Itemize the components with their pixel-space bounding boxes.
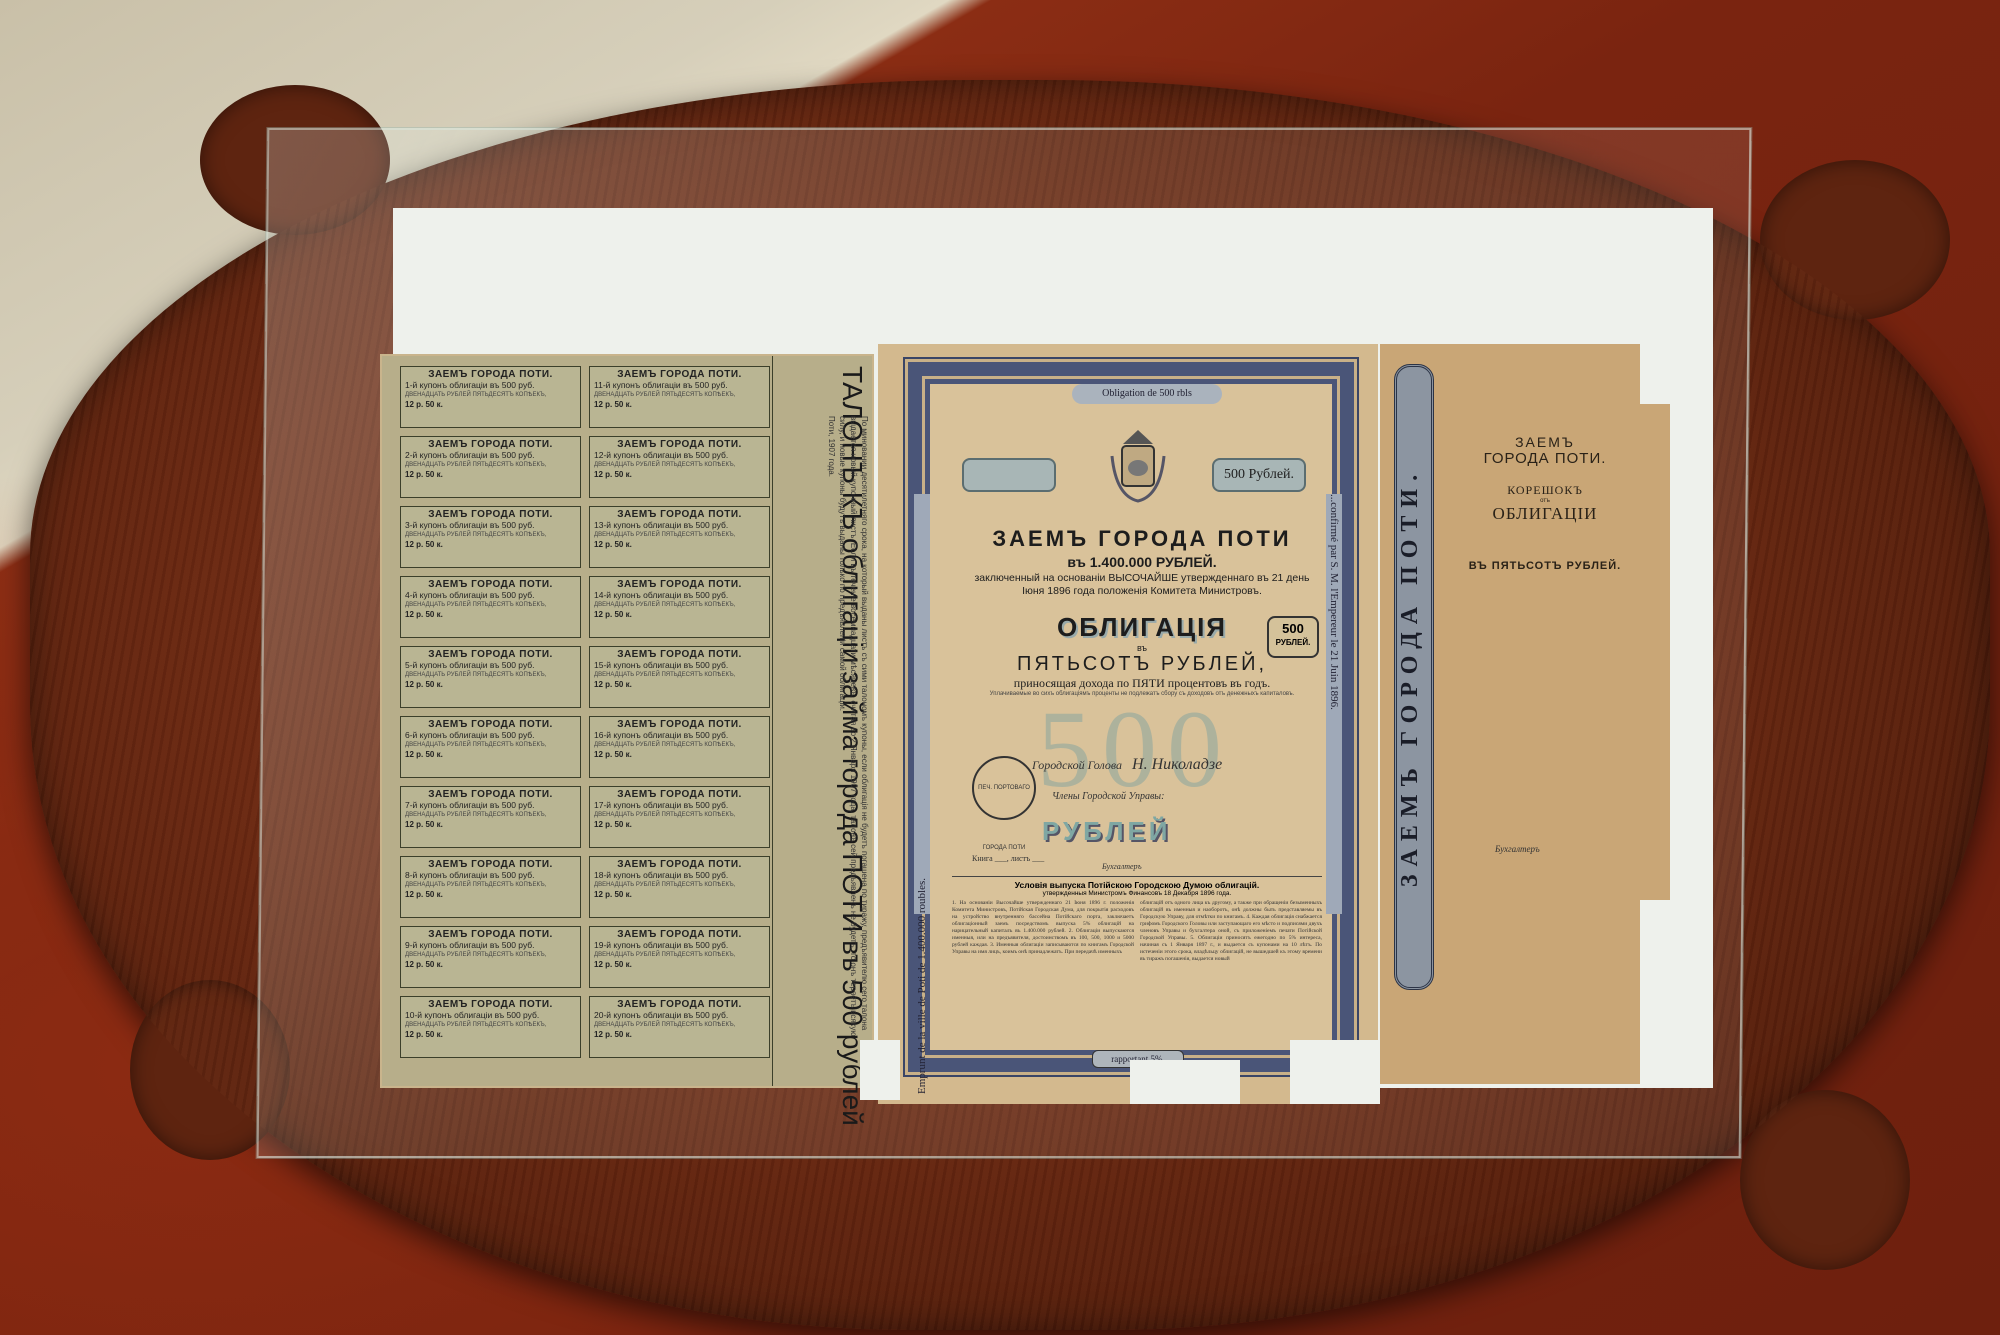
coupon-value: 12 р. 50 к. [594,470,765,480]
coupon-number: 18-й купонъ облигаціи въ 500 руб. [594,870,765,880]
coupon-number: 4-й купонъ облигаціи въ 500 руб. [405,590,576,600]
bond-interest: приносящая дохода по ПЯТИ процентовъ въ … [962,676,1322,691]
coupon-payout: ДВЕНАДЦАТЬ РУБЛЕЙ ПЯТЬДЕСЯТЪ КОПѢЕКЪ, [594,950,765,960]
mayor-label: Городской Голова [1032,758,1122,772]
coupon: ЗАЕМЪ ГОРОДА ПОТИ.5-й купонъ облигаціи в… [400,646,581,708]
coupon-value: 12 р. 50 к. [594,820,765,830]
city-seal-icon: ПЕЧ. ПОРТОВАГО ГОРОДА ПОТИ [972,756,1036,820]
denomination-unit: РУБЛЕЙ. [1269,636,1317,650]
coupon-value: 12 р. 50 к. [594,540,765,550]
coupon-value: 12 р. 50 к. [405,960,576,970]
stub-line-3: КОРЕШОКЪ [1440,483,1650,498]
left-side-band: Emprunt de la ville de Poti de 1.400.000… [914,494,930,914]
conditions-heading: Условія выпуска Потійскою Городскою Думо… [952,880,1322,890]
coupon-number: 10-й купонъ облигаціи въ 500 руб. [405,1010,576,1020]
bond-tax-note: Уплачиваемые во сихъ облигаціямъ процент… [962,691,1322,697]
coupon-title: ЗАЕМЪ ГОРОДА ПОТИ. [405,650,576,660]
coupon-value: 12 р. 50 к. [405,750,576,760]
coupon-title: ЗАЕМЪ ГОРОДА ПОТИ. [594,510,765,520]
coupon-number: 15-й купонъ облигаціи въ 500 руб. [594,660,765,670]
coupon-value: 12 р. 50 к. [405,470,576,480]
coupon: ЗАЕМЪ ГОРОДА ПОТИ.9-й купонъ облигаціи в… [400,926,581,988]
stub-line-6: ВЪ ПЯТЬСОТЪ РУБЛЕЙ. [1440,560,1650,572]
coupon-title: ЗАЕМЪ ГОРОДА ПОТИ. [594,720,765,730]
coupon-title: ЗАЕМЪ ГОРОДА ПОТИ. [594,370,765,380]
value-box-right: 500 Рублей. [1212,458,1306,492]
coupon: ЗАЕМЪ ГОРОДА ПОТИ.15-й купонъ облигаціи … [589,646,770,708]
mayor-signature: Н. Николадзе [1132,756,1222,773]
coupon-value: 12 р. 50 к. [594,750,765,760]
stub-line-2: ГОРОДА ПОТИ. [1440,450,1650,467]
coupon: ЗАЕМЪ ГОРОДА ПОТИ.6-й купонъ облигаціи в… [400,716,581,778]
book-line: Книга ___, листъ ___ [972,854,1044,863]
coupon-title: ЗАЕМЪ ГОРОДА ПОТИ. [405,930,576,940]
coupon-value: 12 р. 50 к. [405,1030,576,1040]
conditions-left: 1. На основаніи Высочайше утвержденнаго … [952,900,1134,963]
coupon-payout: ДВЕНАДЦАТЬ РУБЛЕЙ ПЯТЬДЕСЯТЪ КОПѢЕКЪ, [405,600,576,610]
coupon-payout: ДВЕНАДЦАТЬ РУБЛЕЙ ПЯТЬДЕСЯТЪ КОПѢЕКЪ, [594,530,765,540]
stub-line-1: ЗАЕМЪ [1440,434,1650,450]
coupon-payout: ДВЕНАДЦАТЬ РУБЛЕЙ ПЯТЬДЕСЯТЪ КОПѢЕКЪ, [405,390,576,400]
coupon-number: 2-й купонъ облигаціи въ 500 руб. [405,450,576,460]
coupon-value: 12 р. 50 к. [405,610,576,620]
vertical-title-strip: ЗАЕМЪ ГОРОДА ПОТИ. [1394,364,1434,990]
coupon-title: ЗАЕМЪ ГОРОДА ПОТИ. [594,650,765,660]
conditions-columns: 1. На основаніи Высочайше утвержденнаго … [952,900,1322,963]
coupon-value: 12 р. 50 к. [594,680,765,690]
coupon-value: 12 р. 50 к. [405,890,576,900]
coupon-payout: ДВЕНАДЦАТЬ РУБЛЕЙ ПЯТЬДЕСЯТЪ КОПѢЕКЪ, [405,670,576,680]
coupon-payout: ДВЕНАДЦАТЬ РУБЛЕЙ ПЯТЬДЕСЯТЪ КОПѢЕКЪ, [594,1020,765,1030]
coupon-number: 17-й купонъ облигаціи въ 500 руб. [594,800,765,810]
left-side-text: Emprunt de la ville de Poti de 1.400.000… [916,694,928,1094]
members-label: Члены Городской Управы: [1052,791,1164,802]
conditions-right: облигацій отъ одного лица къ другому, а … [1140,900,1322,963]
coat-of-arms-icon [1108,426,1168,506]
coupon-value: 12 р. 50 к. [594,890,765,900]
coupon-number: 14-й купонъ облигаціи въ 500 руб. [594,590,765,600]
coupon-title: ЗАЕМЪ ГОРОДА ПОТИ. [405,790,576,800]
coupon-number: 3-й купонъ облигаціи въ 500 руб. [405,520,576,530]
coupon-title: ЗАЕМЪ ГОРОДА ПОТИ. [405,720,576,730]
coupon: ЗАЕМЪ ГОРОДА ПОТИ.11-й купонъ облигаціи … [589,366,770,428]
coupon-payout: ДВЕНАДЦАТЬ РУБЛЕЙ ПЯТЬДЕСЯТЪ КОПѢЕКЪ, [594,390,765,400]
right-side-band: ...confirmé par S. M. l'Empereur le 21 J… [1326,494,1342,914]
torn-edge [1640,900,1670,1084]
coupon-payout: ДВЕНАДЦАТЬ РУБЛЕЙ ПЯТЬДЕСЯТЪ КОПѢЕКЪ, [405,950,576,960]
coupon: ЗАЕМЪ ГОРОДА ПОТИ.18-й купонъ облигаціи … [589,856,770,918]
coupon-title: ЗАЕМЪ ГОРОДА ПОТИ. [405,440,576,450]
coupon: ЗАЕМЪ ГОРОДА ПОТИ.2-й купонъ облигаціи в… [400,436,581,498]
coupon-payout: ДВЕНАДЦАТЬ РУБЛЕЙ ПЯТЬДЕСЯТЪ КОПѢЕКЪ, [405,880,576,890]
denomination-value: 500 [1282,621,1304,636]
rubles-word: РУБЛЕЙ [1042,816,1172,847]
coupon-number: 19-й купонъ облигаціи въ 500 руб. [594,940,765,950]
coupon-title: ЗАЕМЪ ГОРОДА ПОТИ. [594,930,765,940]
bond-title-block: ЗАЕМЪ ГОРОДА ПОТИ въ 1.400.000 РУБЛЕЙ. з… [962,526,1322,697]
coupon: ЗАЕМЪ ГОРОДА ПОТИ.7-й купонъ облигаціи в… [400,786,581,848]
coupon-value: 12 р. 50 к. [405,400,576,410]
coupon: ЗАЕМЪ ГОРОДА ПОТИ.14-й купонъ облигаціи … [589,576,770,638]
stub-text-block: ЗАЕМЪ ГОРОДА ПОТИ. КОРЕШОКЪ отъ ОБЛИГАЦІ… [1440,434,1650,572]
bond-certificate: Obligation de 500 rbls 500 Рублей. 500 З… [878,344,1378,1104]
talon-panel: ТАЛОНЪ КЪ облигаціи займа города ПОТИ въ… [772,356,873,1086]
coupon-number: 11-й купонъ облигаціи въ 500 руб. [594,380,765,390]
coupon-value: 12 р. 50 к. [594,960,765,970]
talon-body: По миновании десятилетняго срока, на кот… [826,416,870,1056]
coupon: ЗАЕМЪ ГОРОДА ПОТИ.17-й купонъ облигаціи … [589,786,770,848]
coupon-value: 12 р. 50 к. [594,610,765,620]
torn-edge [1290,1040,1380,1104]
coupon-title: ЗАЕМЪ ГОРОДА ПОТИ. [405,580,576,590]
coupon-number: 5-й купонъ облигаціи въ 500 руб. [405,660,576,670]
talon-place: Поти, 1907 года. [826,416,837,1056]
coupon-number: 6-й купонъ облигаціи въ 500 руб. [405,730,576,740]
value-box-left [962,458,1056,492]
coupon: ЗАЕМЪ ГОРОДА ПОТИ.19-й купонъ облигаціи … [589,926,770,988]
coupon-title: ЗАЕМЪ ГОРОДА ПОТИ. [594,580,765,590]
coupon-title: ЗАЕМЪ ГОРОДА ПОТИ. [405,370,576,380]
coupon-payout: ДВЕНАДЦАТЬ РУБЛЕЙ ПЯТЬДЕСЯТЪ КОПѢЕКЪ, [594,460,765,470]
coupon-title: ЗАЕМЪ ГОРОДА ПОТИ. [405,510,576,520]
ornate-frame: Obligation de 500 rbls 500 Рублей. 500 З… [908,362,1354,1072]
coupon: ЗАЕМЪ ГОРОДА ПОТИ.1-й купонъ облигаціи в… [400,366,581,428]
coupon-payout: ДВЕНАДЦАТЬ РУБЛЕЙ ПЯТЬДЕСЯТЪ КОПѢЕКЪ, [405,1020,576,1030]
coupon-number: 12-й купонъ облигаціи въ 500 руб. [594,450,765,460]
coupon-number: 20-й купонъ облигаціи въ 500 руб. [594,1010,765,1020]
coupon: ЗАЕМЪ ГОРОДА ПОТИ.13-й купонъ облигаціи … [589,506,770,568]
coupon-payout: ДВЕНАДЦАТЬ РУБЛЕЙ ПЯТЬДЕСЯТЪ КОПѢЕКЪ, [405,530,576,540]
torn-edge [860,1040,900,1100]
conditions-subheading: утвержденныя Министромъ Финансовъ 18 Дек… [952,890,1322,897]
accountant-label: Бухгалтеръ [1102,862,1142,871]
coupon-number: 9-й купонъ облигаціи въ 500 руб. [405,940,576,950]
coupon-number: 16-й купонъ облигаціи въ 500 руб. [594,730,765,740]
bond-title: ЗАЕМЪ ГОРОДА ПОТИ [962,526,1322,552]
coupon-value: 12 р. 50 к. [405,680,576,690]
torn-edge [1130,1060,1240,1104]
coupon-payout: ДВЕНАДЦАТЬ РУБЛЕЙ ПЯТЬДЕСЯТЪ КОПѢЕКЪ, [594,810,765,820]
coupon: ЗАЕМЪ ГОРОДА ПОТИ.8-й купонъ облигаціи в… [400,856,581,918]
vertical-strip-text: ЗАЕМЪ ГОРОДА ПОТИ. [1397,407,1424,947]
coupon-payout: ДВЕНАДЦАТЬ РУБЛЕЙ ПЯТЬДЕСЯТЪ КОПѢЕКЪ, [405,740,576,750]
denomination-box: 500РУБЛЕЙ. [1267,616,1319,658]
top-banner: Obligation de 500 rbls [1072,384,1222,404]
coupon-title: ЗАЕМЪ ГОРОДА ПОТИ. [594,860,765,870]
conditions-section: Условія выпуска Потійскою Городскою Думо… [952,876,1322,963]
coupon: ЗАЕМЪ ГОРОДА ПОТИ.4-й купонъ облигаціи в… [400,576,581,638]
bond-amount: въ 1.400.000 РУБЛЕЙ. [962,554,1322,570]
coupon: ЗАЕМЪ ГОРОДА ПОТИ.10-й купонъ облигаціи … [400,996,581,1058]
coupon: ЗАЕМЪ ГОРОДА ПОТИ.12-й купонъ облигаціи … [589,436,770,498]
coupon-title: ЗАЕМЪ ГОРОДА ПОТИ. [594,440,765,450]
coupon-value: 12 р. 50 к. [594,1030,765,1040]
right-side-text: ...confirmé par S. M. l'Empereur le 21 J… [1328,494,1340,894]
coupon-number: 13-й купонъ облигаціи въ 500 руб. [594,520,765,530]
bond-denomination: ПЯТЬСОТЪ РУБЛЕЙ, [962,653,1322,676]
coupon: ЗАЕМЪ ГОРОДА ПОТИ.20-й купонъ облигаціи … [589,996,770,1058]
coupon: ЗАЕМЪ ГОРОДА ПОТИ.16-й купонъ облигаціи … [589,716,770,778]
bond-basis: заключенный на основаніи ВЫСОЧАЙШЕ утвер… [962,572,1322,598]
coupon-value: 12 р. 50 к. [405,820,576,830]
coupon-value: 12 р. 50 к. [405,540,576,550]
talon-body-text: По миновании десятилетняго срока, на кот… [837,416,870,1056]
coupon: ЗАЕМЪ ГОРОДА ПОТИ.3-й купонъ облигаціи в… [400,506,581,568]
stub-accountant-label: Бухгалтеръ [1495,844,1540,854]
mayor-signature-row: Городской ГоловаН. Николадзе [1032,756,1222,774]
coupon-payout: ДВЕНАДЦАТЬ РУБЛЕЙ ПЯТЬДЕСЯТЪ КОПѢЕКЪ, [405,460,576,470]
bond-stub: ЗАЕМЪ ГОРОДА ПОТИ. ЗАЕМЪ ГОРОДА ПОТИ. КО… [1380,344,1670,1084]
coupon-grid: ЗАЕМЪ ГОРОДА ПОТИ.1-й купонъ облигаціи в… [400,366,770,1058]
coupon-title: ЗАЕМЪ ГОРОДА ПОТИ. [594,1000,765,1010]
coupon-payout: ДВЕНАДЦАТЬ РУБЛЕЙ ПЯТЬДЕСЯТЪ КОПѢЕКЪ, [594,670,765,680]
coupon-payout: ДВЕНАДЦАТЬ РУБЛЕЙ ПЯТЬДЕСЯТЪ КОПѢЕКЪ, [594,740,765,750]
coupon-number: 1-й купонъ облигаціи въ 500 руб. [405,380,576,390]
coupon-payout: ДВЕНАДЦАТЬ РУБЛЕЙ ПЯТЬДЕСЯТЪ КОПѢЕКЪ, [405,810,576,820]
coupon-payout: ДВЕНАДЦАТЬ РУБЛЕЙ ПЯТЬДЕСЯТЪ КОПѢЕКЪ, [594,880,765,890]
coupon-title: ЗАЕМЪ ГОРОДА ПОТИ. [405,860,576,870]
coupon-sheet: ЗАЕМЪ ГОРОДА ПОТИ.1-й купонъ облигаціи в… [382,356,872,1086]
coupon-title: ЗАЕМЪ ГОРОДА ПОТИ. [594,790,765,800]
coupon-number: 8-й купонъ облигаціи въ 500 руб. [405,870,576,880]
stub-line-5: ОБЛИГАЦІИ [1440,504,1650,524]
coupon-number: 7-й купонъ облигаціи въ 500 руб. [405,800,576,810]
coupon-title: ЗАЕМЪ ГОРОДА ПОТИ. [405,1000,576,1010]
coupon-payout: ДВЕНАДЦАТЬ РУБЛЕЙ ПЯТЬДЕСЯТЪ КОПѢЕКЪ, [594,600,765,610]
torn-edge [1640,344,1670,404]
coupon-value: 12 р. 50 к. [594,400,765,410]
